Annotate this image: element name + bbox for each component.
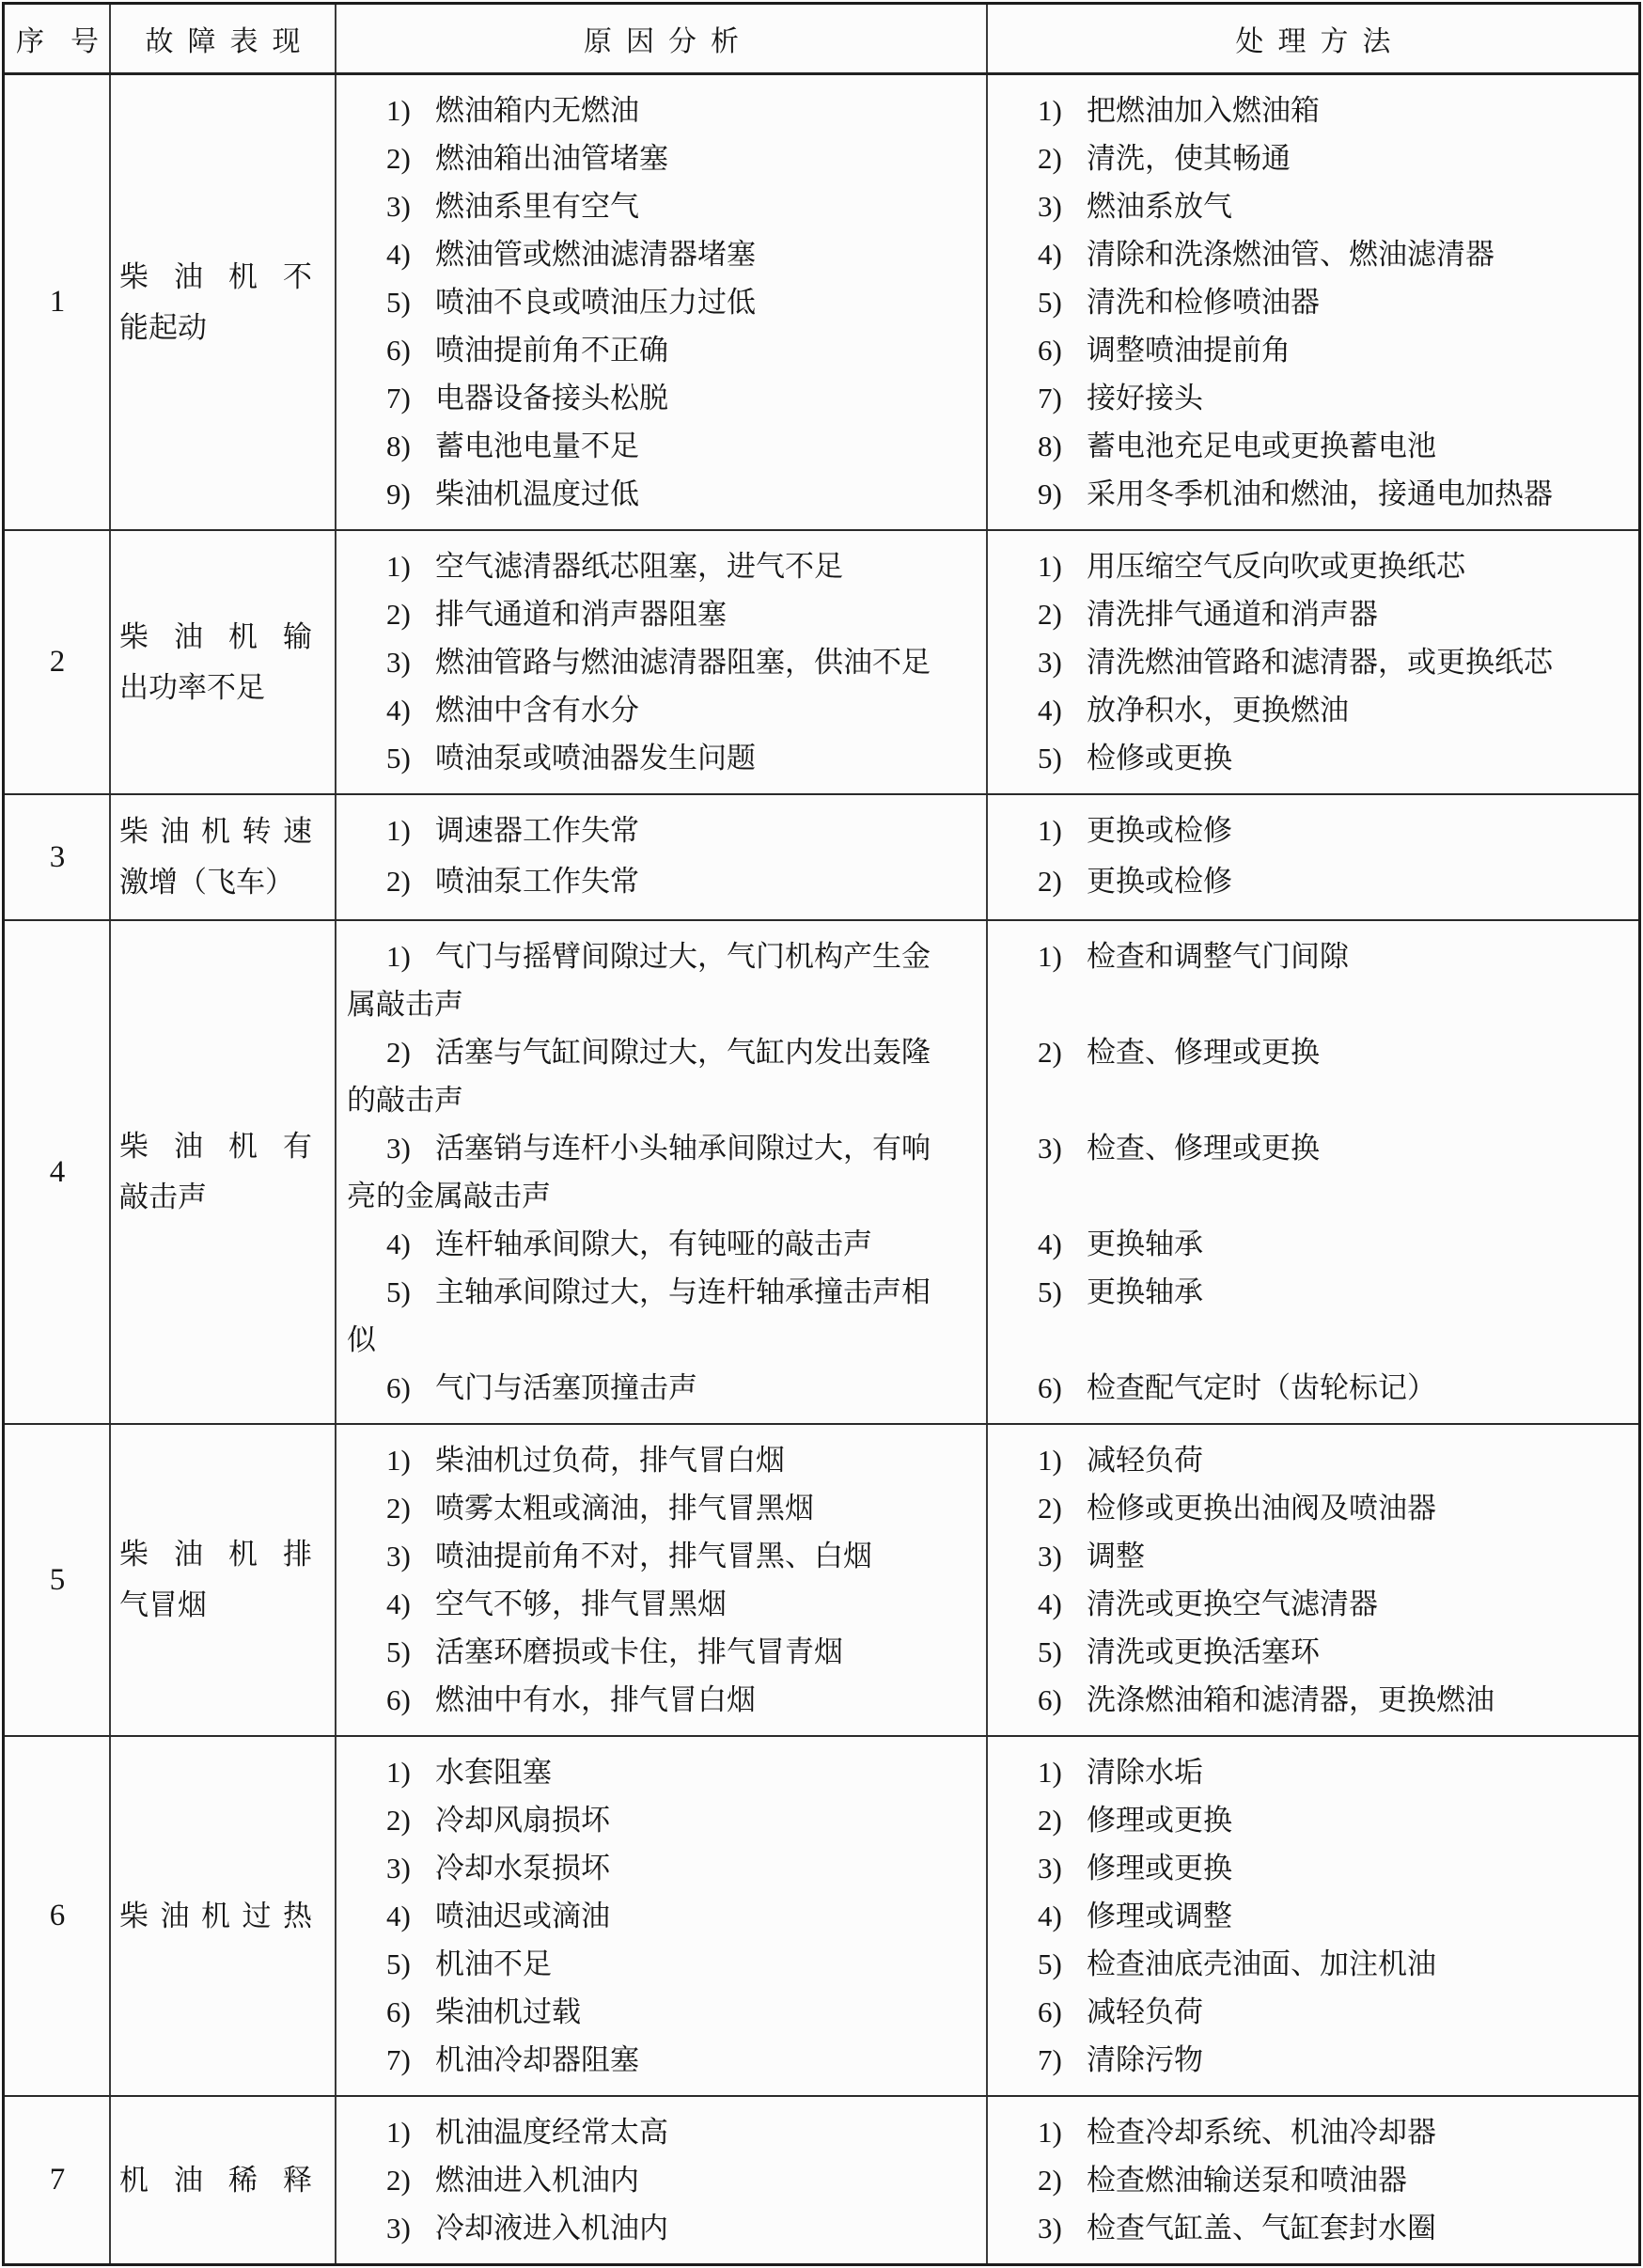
row-number-cell: 3	[5, 806, 110, 908]
table-row: 1柴油机不能起动1)燃油箱内无燃油1)把燃油加入燃油箱2)燃油箱出油管堵塞2)清…	[5, 75, 1638, 529]
fault-text: 柴油机输出功率不足	[119, 612, 312, 713]
remedy-item: 1)用压缩空气反向吹或更换纸芯	[987, 542, 1639, 590]
fault-text-line: 机油稀释	[119, 2155, 312, 2206]
item-text: 连杆轴承间隙大，有钝哑的敲击声	[435, 1228, 872, 1260]
remedy-item: 3)检查、修理或更换	[987, 1124, 1639, 1220]
item-text: 活塞销与连杆小头轴承间隙过大，有响亮的金属敲击声	[347, 1132, 931, 1212]
cause-item: 2)喷雾太粗或滴油，排气冒黑烟	[336, 1484, 987, 1532]
cause-item: 7)电器设备接头松脱	[336, 374, 987, 422]
row-number-cell: 6	[5, 1748, 110, 2084]
item-text: 清除水垢	[1087, 1756, 1203, 1789]
item-text: 洗涤燃油箱和滤清器，更换燃油	[1087, 1683, 1494, 1716]
remedy-item: 5)清洗和检修喷油器	[987, 278, 1639, 326]
cause-item: 3)冷却水泵损坏	[336, 1844, 987, 1892]
item-number: 3)	[1038, 638, 1087, 686]
item-number: 4)	[1038, 1220, 1087, 1268]
item-text: 调速器工作失常	[435, 814, 639, 847]
item-number: 2)	[1038, 1796, 1087, 1844]
item-number: 3)	[386, 2204, 435, 2252]
item-number: 7)	[386, 374, 435, 422]
fault-cell: 机油稀释	[110, 2108, 336, 2252]
remedy-item: 8)蓄电池充足电或更换蓄电池	[987, 422, 1639, 470]
item-text: 喷油不良或喷油压力过低	[435, 286, 756, 319]
item-text: 修理或调整	[1087, 1900, 1232, 1932]
cause-item: 5)喷油泵或喷油器发生问题	[336, 734, 987, 782]
cause-item: 5)活塞环磨损或卡住，排气冒青烟	[336, 1628, 987, 1676]
item-number: 5)	[386, 278, 435, 326]
cause-item: 8)蓄电池电量不足	[336, 422, 987, 470]
item-number: 6)	[1038, 1988, 1087, 2036]
item-number: 3)	[386, 638, 435, 686]
item-text: 检查气缸盖、气缸套封水圈	[1087, 2212, 1436, 2245]
item-number: 5)	[1038, 1940, 1087, 1988]
remedy-item: 1)清除水垢	[987, 1748, 1639, 1796]
item-text: 减轻负荷	[1087, 1444, 1203, 1477]
remedy-item: 1)检查和调整气门间隙	[987, 932, 1639, 1028]
item-number: 6)	[1038, 1364, 1087, 1412]
item-number: 1)	[1038, 806, 1087, 854]
remedy-item: 2)检查、修理或更换	[987, 1028, 1639, 1124]
cause-item: 9)柴油机温度过低	[336, 470, 987, 518]
item-number: 7)	[386, 2036, 435, 2084]
item-number: 2)	[1038, 134, 1087, 182]
item-number: 2)	[1038, 2156, 1087, 2204]
item-number: 2)	[1038, 1028, 1087, 1076]
item-number: 4)	[1038, 686, 1087, 734]
remedy-item: 5)检查油底壳油面、加注机油	[987, 1940, 1639, 1988]
item-number: 4)	[1038, 1892, 1087, 1940]
item-text: 检修或更换出油阀及喷油器	[1087, 1492, 1436, 1525]
cause-item: 1)机油温度经常太高	[336, 2108, 987, 2156]
fault-text-line: 气冒烟	[119, 1580, 312, 1631]
item-text: 喷雾太粗或滴油，排气冒黑烟	[435, 1492, 814, 1525]
cause-item: 6)喷油提前角不正确	[336, 326, 987, 374]
row-number-cell: 4	[5, 932, 110, 1412]
item-text: 接好接头	[1087, 382, 1203, 414]
item-number: 1)	[386, 1436, 435, 1484]
item-text: 采用冬季机油和燃油，接通电加热器	[1087, 477, 1553, 510]
table-header-row: 序号 故障表现 原因分析 处理方法	[5, 5, 1638, 75]
row-number-cell: 7	[5, 2108, 110, 2252]
item-text: 燃油管路与燃油滤清器阻塞，供油不足	[435, 646, 931, 679]
remedy-item: 7)接好接头	[987, 374, 1639, 422]
cause-item: 1)柴油机过负荷，排气冒白烟	[336, 1436, 987, 1484]
item-number: 9)	[1038, 470, 1087, 518]
remedy-item: 4)更换轴承	[987, 1220, 1639, 1268]
item-number: 4)	[386, 686, 435, 734]
item-text: 冷却风扇损坏	[435, 1804, 610, 1837]
item-text: 检查冷却系统、机油冷却器	[1087, 2116, 1436, 2149]
cause-item: 4)连杆轴承间隙大，有钝哑的敲击声	[336, 1220, 987, 1268]
fault-text-line: 出功率不足	[119, 663, 312, 713]
header-serial-number: 序号	[5, 5, 110, 72]
fault-text-line: 柴油机有	[119, 1121, 312, 1172]
item-text: 清洗排气通道和消声器	[1087, 598, 1378, 631]
item-text: 清除污物	[1087, 2043, 1203, 2076]
remedy-item: 5)清洗或更换活塞环	[987, 1628, 1639, 1676]
item-text: 气门与活塞顶撞击声	[435, 1371, 697, 1404]
remedy-item: 2)更换或检修	[987, 857, 1639, 908]
remedy-item: 6)检查配气定时（齿轮标记）	[987, 1364, 1639, 1412]
item-number: 7)	[1038, 374, 1087, 422]
item-text: 放净积水，更换燃油	[1087, 694, 1349, 727]
item-number: 2)	[386, 1484, 435, 1532]
header-cause-analysis-label: 原因分析	[570, 18, 753, 59]
cause-item: 4)燃油中含有水分	[336, 686, 987, 734]
item-text: 空气滤清器纸芯阻塞，进气不足	[435, 550, 843, 583]
item-number: 4)	[386, 1220, 435, 1268]
item-text: 更换或检修	[1087, 814, 1232, 847]
cause-item: 7)机油冷却器阻塞	[336, 2036, 987, 2084]
cause-item: 5)机油不足	[336, 1940, 987, 1988]
item-number: 4)	[386, 1892, 435, 1940]
cause-item: 2)排气通道和消声器阻塞	[336, 590, 987, 638]
item-text: 燃油系里有空气	[435, 190, 639, 223]
item-text: 更换或检修	[1087, 865, 1232, 898]
table-row: 4柴油机有敲击声1)气门与摇臂间隙过大，气门机构产生金属敲击声1)检查和调整气门…	[5, 919, 1638, 1423]
item-text: 喷油提前角不对，排气冒黑、白烟	[435, 1540, 872, 1572]
cause-item: 3)燃油系里有空气	[336, 182, 987, 230]
table-row: 3柴油机转速激增（飞车）1)调速器工作失常1)更换或检修2)喷油泵工作失常2)更…	[5, 793, 1638, 919]
item-text: 蓄电池充足电或更换蓄电池	[1087, 430, 1436, 462]
item-text: 检查和调整气门间隙	[1087, 940, 1349, 973]
table-row: 5柴油机排气冒烟1)柴油机过负荷，排气冒白烟1)减轻负荷2)喷雾太粗或滴油，排气…	[5, 1423, 1638, 1735]
cause-item: 6)气门与活塞顶撞击声	[336, 1364, 987, 1412]
item-number: 6)	[386, 1676, 435, 1724]
item-text: 用压缩空气反向吹或更换纸芯	[1087, 550, 1465, 583]
item-number: 3)	[1038, 2204, 1087, 2252]
item-number: 2)	[386, 1796, 435, 1844]
item-text: 减轻负荷	[1087, 1995, 1203, 2028]
item-text: 燃油箱内无燃油	[435, 94, 639, 127]
item-number: 6)	[386, 326, 435, 374]
remedy-item: 3)修理或更换	[987, 1844, 1639, 1892]
item-text: 喷油泵工作失常	[435, 865, 639, 898]
item-number: 5)	[1038, 1628, 1087, 1676]
item-text: 清洗燃油管路和滤清器，或更换纸芯	[1087, 646, 1553, 679]
remedy-item: 2)修理或更换	[987, 1796, 1639, 1844]
cause-item: 1)调速器工作失常	[336, 806, 987, 857]
cause-item: 1)空气滤清器纸芯阻塞，进气不足	[336, 542, 987, 590]
item-text: 修理或更换	[1087, 1852, 1232, 1885]
item-text: 机油不足	[435, 1947, 552, 1980]
fault-text-line: 柴油机输	[119, 612, 312, 663]
item-text: 活塞与气缸间隙过大，气缸内发出轰隆的敲击声	[347, 1036, 931, 1117]
page: 序号 故障表现 原因分析 处理方法 1柴油机不能起动1)燃油箱内无燃油1)把燃油…	[0, 0, 1643, 2268]
item-text: 检查油底壳油面、加注机油	[1087, 1947, 1436, 1980]
fault-cell: 柴油机不能起动	[110, 86, 336, 518]
cause-item: 3)冷却液进入机油内	[336, 2204, 987, 2252]
item-number: 8)	[386, 422, 435, 470]
cause-item: 3)燃油管路与燃油滤清器阻塞，供油不足	[336, 638, 987, 686]
item-number: 9)	[386, 470, 435, 518]
item-number: 1)	[386, 542, 435, 590]
item-text: 检查配气定时（齿轮标记）	[1087, 1371, 1436, 1404]
item-number: 5)	[386, 1940, 435, 1988]
item-text: 清洗或更换空气滤清器	[1087, 1588, 1378, 1620]
remedy-item: 6)调整喷油提前角	[987, 326, 1639, 374]
item-number: 4)	[386, 1580, 435, 1628]
item-text: 更换轴承	[1087, 1228, 1203, 1260]
item-number: 2)	[386, 2156, 435, 2204]
fault-cell: 柴油机过热	[110, 1748, 336, 2084]
item-text: 主轴承间隙过大，与连杆轴承撞击声相似	[347, 1275, 931, 1356]
remedy-item: 1)更换或检修	[987, 806, 1639, 857]
remedy-item: 5)检修或更换	[987, 734, 1639, 782]
item-text: 清洗和检修喷油器	[1087, 286, 1320, 319]
fault-text-line: 柴油机不	[119, 252, 312, 303]
cause-item: 4)燃油管或燃油滤清器堵塞	[336, 230, 987, 278]
fault-text: 柴油机过热	[119, 1891, 312, 1942]
cause-item: 1)气门与摇臂间隙过大，气门机构产生金属敲击声	[336, 932, 987, 1028]
item-number: 5)	[1038, 278, 1087, 326]
item-text: 机油温度经常太高	[435, 2116, 668, 2149]
cause-item: 2)喷油泵工作失常	[336, 857, 987, 908]
item-text: 柴油机过载	[435, 1995, 581, 2028]
item-number: 3)	[1038, 1124, 1087, 1172]
item-text: 清洗，使其畅通	[1087, 142, 1291, 175]
item-number: 5)	[386, 734, 435, 782]
cause-item: 2)燃油进入机油内	[336, 2156, 987, 2204]
item-number: 1)	[1038, 542, 1087, 590]
cause-item: 6)燃油中有水，排气冒白烟	[336, 1676, 987, 1724]
remedy-item: 1)检查冷却系统、机油冷却器	[987, 2108, 1639, 2156]
fault-text: 柴油机转速激增（飞车）	[119, 806, 312, 908]
item-text: 燃油中有水，排气冒白烟	[435, 1683, 756, 1716]
fault-text: 机油稀释	[119, 2155, 312, 2206]
header-serial-number-label: 序号	[0, 18, 125, 59]
fault-cell: 柴油机输出功率不足	[110, 542, 336, 782]
item-text: 喷油泵或喷油器发生问题	[435, 742, 756, 774]
item-number: 1)	[386, 2108, 435, 2156]
item-text: 燃油系放气	[1087, 190, 1232, 223]
header-fault-symptom: 故障表现	[110, 5, 336, 72]
header-fault-symptom-label: 故障表现	[132, 18, 315, 59]
item-number: 3)	[386, 182, 435, 230]
item-number: 6)	[386, 1364, 435, 1412]
fault-cell: 柴油机转速激增（飞车）	[110, 806, 336, 908]
header-remedy-label: 处理方法	[1222, 18, 1405, 59]
fault-cell: 柴油机有敲击声	[110, 932, 336, 1412]
item-number: 3)	[386, 1124, 435, 1172]
item-number: 4)	[1038, 1580, 1087, 1628]
cause-item: 3)喷油提前角不对，排气冒黑、白烟	[336, 1532, 987, 1580]
table-row: 7机油稀释1)机油温度经常太高1)检查冷却系统、机油冷却器2)燃油进入机油内2)…	[5, 2095, 1638, 2263]
item-text: 修理或更换	[1087, 1804, 1232, 1837]
item-text: 气门与摇臂间隙过大，气门机构产生金属敲击声	[347, 940, 931, 1021]
item-number: 3)	[1038, 1532, 1087, 1580]
item-number: 7)	[1038, 2036, 1087, 2084]
table-body: 1柴油机不能起动1)燃油箱内无燃油1)把燃油加入燃油箱2)燃油箱出油管堵塞2)清…	[5, 75, 1638, 2263]
item-number: 2)	[1038, 857, 1087, 905]
remedy-item: 4)修理或调整	[987, 1892, 1639, 1940]
remedy-item: 1)把燃油加入燃油箱	[987, 86, 1639, 134]
cause-item: 2)燃油箱出油管堵塞	[336, 134, 987, 182]
item-number: 6)	[1038, 326, 1087, 374]
item-text: 检查、修理或更换	[1087, 1132, 1320, 1165]
item-number: 5)	[386, 1268, 435, 1316]
item-number: 4)	[1038, 230, 1087, 278]
item-text: 清洗或更换活塞环	[1087, 1635, 1320, 1668]
fault-text-line: 柴油机过热	[119, 1891, 312, 1942]
item-number: 1)	[1038, 932, 1087, 980]
remedy-item: 6)减轻负荷	[987, 1988, 1639, 2036]
cause-item: 1)燃油箱内无燃油	[336, 86, 987, 134]
fault-text-line: 激增（飞车）	[119, 857, 312, 908]
item-text: 冷却液进入机油内	[435, 2212, 668, 2245]
fault-text: 柴油机有敲击声	[119, 1121, 312, 1223]
row-number-cell: 5	[5, 1436, 110, 1724]
item-text: 燃油管或燃油滤清器堵塞	[435, 238, 756, 271]
remedy-item: 2)清洗，使其畅通	[987, 134, 1639, 182]
item-text: 检查、修理或更换	[1087, 1036, 1320, 1069]
item-text: 燃油中含有水分	[435, 694, 639, 727]
item-number: 3)	[386, 1844, 435, 1892]
item-number: 2)	[1038, 590, 1087, 638]
item-number: 4)	[386, 230, 435, 278]
item-text: 蓄电池电量不足	[435, 430, 639, 462]
table-row: 6柴油机过热1)水套阻塞1)清除水垢2)冷却风扇损坏2)修理或更换3)冷却水泵损…	[5, 1735, 1638, 2095]
item-text: 电器设备接头松脱	[435, 382, 668, 414]
item-number: 1)	[1038, 2108, 1087, 2156]
remedy-item: 2)检修或更换出油阀及喷油器	[987, 1484, 1639, 1532]
item-text: 空气不够，排气冒黑烟	[435, 1588, 727, 1620]
item-number: 1)	[386, 86, 435, 134]
header-remedy: 处理方法	[987, 5, 1639, 72]
item-text: 调整	[1087, 1540, 1145, 1572]
fault-text-line: 柴油机转速	[119, 806, 312, 857]
remedy-item: 4)清除和洗涤燃油管、燃油滤清器	[987, 230, 1639, 278]
header-cause-analysis: 原因分析	[336, 5, 987, 72]
remedy-item: 1)减轻负荷	[987, 1436, 1639, 1484]
item-text: 把燃油加入燃油箱	[1087, 94, 1320, 127]
cause-item: 2)活塞与气缸间隙过大，气缸内发出轰隆的敲击声	[336, 1028, 987, 1124]
item-text: 调整喷油提前角	[1087, 334, 1291, 367]
item-text: 检查燃油输送泵和喷油器	[1087, 2164, 1407, 2197]
item-text: 燃油箱出油管堵塞	[435, 142, 668, 175]
item-text: 冷却水泵损坏	[435, 1852, 610, 1885]
item-number: 3)	[1038, 1844, 1087, 1892]
item-number: 2)	[386, 857, 435, 905]
item-text: 柴油机过负荷，排气冒白烟	[435, 1444, 785, 1477]
item-number: 5)	[1038, 734, 1087, 782]
cause-item: 5)主轴承间隙过大，与连杆轴承撞击声相似	[336, 1268, 987, 1364]
cause-item: 4)空气不够，排气冒黑烟	[336, 1580, 987, 1628]
item-text: 排气通道和消声器阻塞	[435, 598, 727, 631]
remedy-item: 3)检查气缸盖、气缸套封水圈	[987, 2204, 1639, 2252]
fault-text: 柴油机不能起动	[119, 252, 312, 353]
item-text: 柴油机温度过低	[435, 477, 639, 510]
row-number-cell: 2	[5, 542, 110, 782]
fault-table: 序号 故障表现 原因分析 处理方法 1柴油机不能起动1)燃油箱内无燃油1)把燃油…	[2, 2, 1641, 2266]
fault-text-line: 敲击声	[119, 1172, 312, 1223]
item-text: 清除和洗涤燃油管、燃油滤清器	[1087, 238, 1494, 271]
cause-item: 5)喷油不良或喷油压力过低	[336, 278, 987, 326]
item-number: 1)	[1038, 86, 1087, 134]
item-number: 1)	[1038, 1748, 1087, 1796]
fault-text: 柴油机排气冒烟	[119, 1529, 312, 1631]
remedy-item: 3)清洗燃油管路和滤清器，或更换纸芯	[987, 638, 1639, 686]
item-text: 喷油提前角不正确	[435, 334, 668, 367]
row-number-cell: 1	[5, 86, 110, 518]
cause-item: 2)冷却风扇损坏	[336, 1796, 987, 1844]
item-number: 2)	[1038, 1484, 1087, 1532]
cause-item: 6)柴油机过载	[336, 1988, 987, 2036]
remedy-item: 9)采用冬季机油和燃油，接通电加热器	[987, 470, 1639, 518]
item-number: 5)	[1038, 1268, 1087, 1316]
item-number: 1)	[386, 1748, 435, 1796]
item-text: 水套阻塞	[435, 1756, 552, 1789]
item-text: 更换轴承	[1087, 1275, 1203, 1308]
remedy-item: 2)清洗排气通道和消声器	[987, 590, 1639, 638]
item-number: 1)	[386, 932, 435, 980]
item-text: 机油冷却器阻塞	[435, 2043, 639, 2076]
fault-cell: 柴油机排气冒烟	[110, 1436, 336, 1724]
item-text: 检修或更换	[1087, 742, 1232, 774]
remedy-item: 4)放净积水，更换燃油	[987, 686, 1639, 734]
fault-text-line: 能起动	[119, 303, 312, 353]
item-number: 2)	[386, 1028, 435, 1076]
item-number: 5)	[386, 1628, 435, 1676]
remedy-item: 7)清除污物	[987, 2036, 1639, 2084]
remedy-item: 6)洗涤燃油箱和滤清器，更换燃油	[987, 1676, 1639, 1724]
item-number: 1)	[386, 806, 435, 854]
cause-item: 1)水套阻塞	[336, 1748, 987, 1796]
item-number: 2)	[386, 590, 435, 638]
item-number: 8)	[1038, 422, 1087, 470]
remedy-item: 3)燃油系放气	[987, 182, 1639, 230]
item-number: 1)	[1038, 1436, 1087, 1484]
item-number: 6)	[1038, 1676, 1087, 1724]
item-number: 6)	[386, 1988, 435, 2036]
item-number: 3)	[386, 1532, 435, 1580]
remedy-item: 4)清洗或更换空气滤清器	[987, 1580, 1639, 1628]
fault-text-line: 柴油机排	[119, 1529, 312, 1580]
item-number: 2)	[386, 134, 435, 182]
remedy-item: 5)更换轴承	[987, 1268, 1639, 1364]
remedy-item: 3)调整	[987, 1532, 1639, 1580]
item-text: 燃油进入机油内	[435, 2164, 639, 2197]
item-text: 活塞环磨损或卡住，排气冒青烟	[435, 1635, 843, 1668]
item-text: 喷油迟或滴油	[435, 1900, 610, 1932]
remedy-item: 2)检查燃油输送泵和喷油器	[987, 2156, 1639, 2204]
item-number: 3)	[1038, 182, 1087, 230]
cause-item: 4)喷油迟或滴油	[336, 1892, 987, 1940]
table-row: 2柴油机输出功率不足1)空气滤清器纸芯阻塞，进气不足1)用压缩空气反向吹或更换纸…	[5, 529, 1638, 793]
cause-item: 3)活塞销与连杆小头轴承间隙过大，有响亮的金属敲击声	[336, 1124, 987, 1220]
